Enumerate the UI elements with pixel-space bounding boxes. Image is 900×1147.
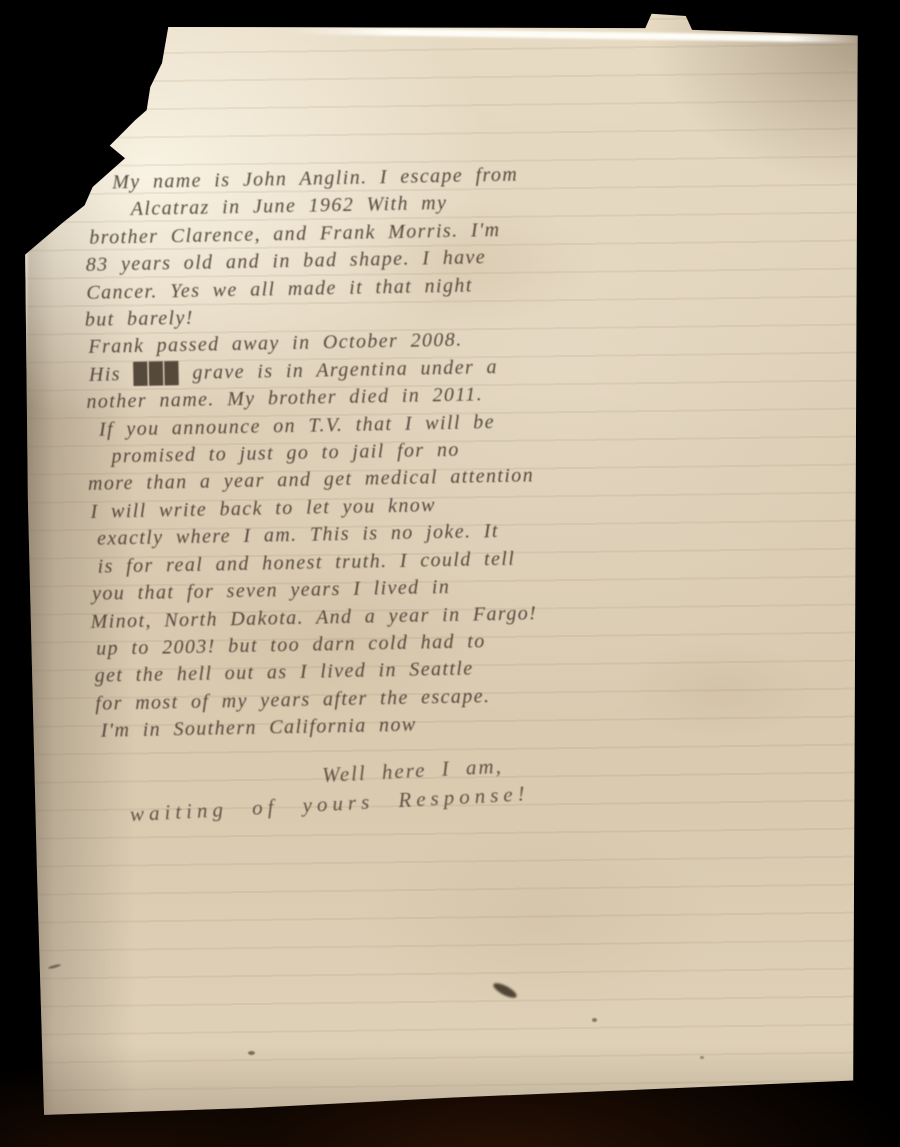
ink-speck: [248, 1051, 255, 1055]
letter-paper: My name is John Anglin. I escape fromAlc…: [0, 0, 900, 1147]
photo-background: My name is John Anglin. I escape fromAlc…: [0, 0, 900, 1147]
ink-speck: [592, 1018, 597, 1022]
ink-speck: [700, 1056, 704, 1059]
letter-body: My name is John Anglin. I escape fromAlc…: [82, 158, 733, 746]
